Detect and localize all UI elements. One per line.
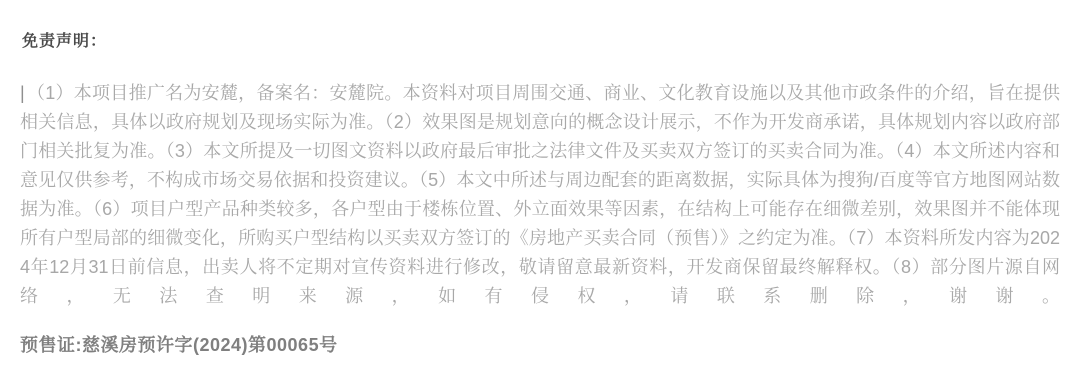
disclaimer-body: |（1）本项目推广名为安麓，备案名：安麓院。本资料对项目周围交通、商业、文化教育…: [20, 79, 1060, 311]
caret-bar: |: [20, 83, 27, 103]
presale-license-number: 预售证:慈溪房预许字(2024)第00065号: [20, 333, 1060, 357]
disclaimer-page: 免责声明： |（1）本项目推广名为安麓，备案名：安麓院。本资料对项目周围交通、商…: [0, 0, 1080, 388]
disclaimer-text: （1）本项目推广名为安麓，备案名：安麓院。本资料对项目周围交通、商业、文化教育设…: [20, 83, 1060, 306]
disclaimer-title: 免责声明：: [22, 32, 1060, 52]
